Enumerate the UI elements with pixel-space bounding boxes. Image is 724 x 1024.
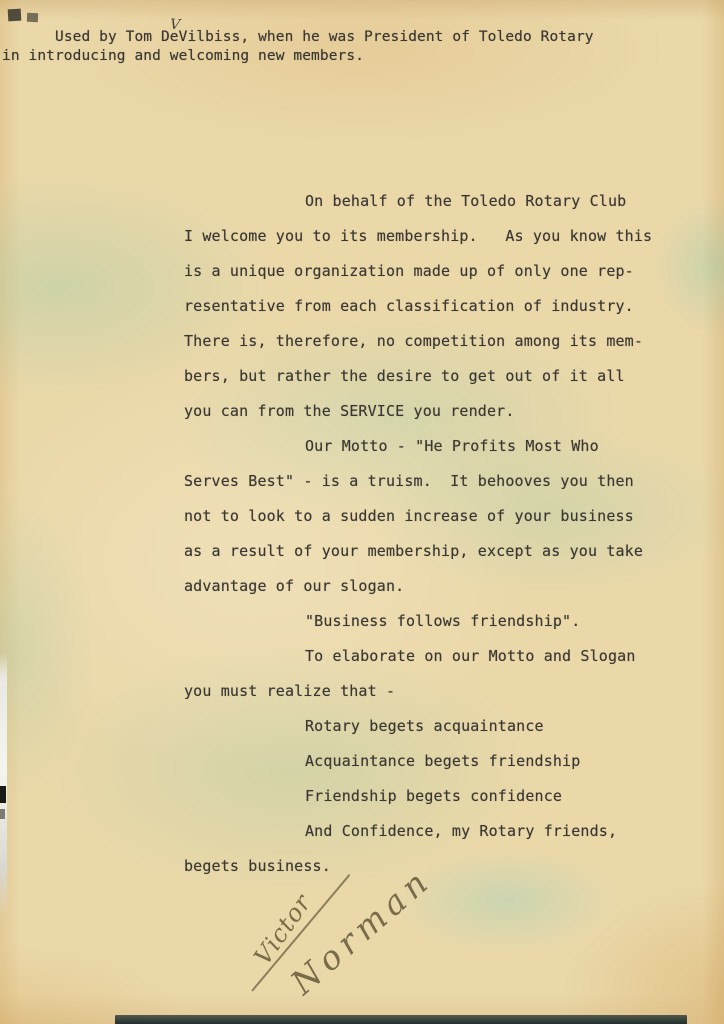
signature-word-victor: Victor bbox=[249, 889, 318, 970]
note-line-2: in introducing and welcoming new members… bbox=[2, 48, 364, 64]
scan-edge-mark-gray bbox=[0, 809, 5, 819]
document-page: Used by Tom DeVilbiss, when he was Presi… bbox=[0, 0, 724, 1024]
scan-edge-strip bbox=[0, 652, 7, 917]
scan-bottom-bar bbox=[115, 1015, 687, 1024]
letter-line: advantage of our slogan. bbox=[184, 569, 652, 604]
letter-line: not to look to a sudden increase of your… bbox=[184, 499, 652, 534]
signature-flourish-stroke bbox=[251, 874, 350, 992]
letter-line: Acquaintance begets friendship bbox=[184, 744, 652, 779]
typed-note-header: Used by Tom DeVilbiss, when he was Presi… bbox=[0, 29, 724, 89]
scan-edge-mark-black bbox=[0, 786, 6, 803]
letter-line: bers, but rather the desire to get out o… bbox=[184, 359, 652, 394]
letter-line: On behalf of the Toledo Rotary Club bbox=[184, 184, 652, 219]
letter-line: I welcome you to its membership. As you … bbox=[184, 219, 652, 254]
letter-line: is a unique organization made up of only… bbox=[184, 254, 652, 289]
letter-body: On behalf of the Toledo Rotary Club I we… bbox=[184, 184, 652, 884]
letter-line: you must realize that - bbox=[184, 674, 652, 709]
letter-line: To elaborate on our Motto and Slogan bbox=[184, 639, 652, 674]
letter-line: as a result of your membership, except a… bbox=[184, 534, 652, 569]
note-line-1: Used by Tom DeVilbiss, when he was Presi… bbox=[55, 29, 594, 45]
handwritten-insertion-mark: V bbox=[169, 17, 180, 34]
scan-corner-mark-1 bbox=[8, 9, 22, 22]
letter-line: you can from the SERVICE you render. bbox=[184, 394, 652, 429]
letter-line: "Business follows friendship". bbox=[184, 604, 652, 639]
letter-line: Serves Best" - is a truism. It behooves … bbox=[184, 464, 652, 499]
letter-line: And Confidence, my Rotary friends, bbox=[184, 814, 652, 849]
letter-line: resentative from each classification of … bbox=[184, 289, 652, 324]
letter-line: Our Motto - "He Profits Most Who bbox=[184, 429, 652, 464]
scan-corner-mark-2 bbox=[27, 13, 38, 22]
letter-line: Friendship begets confidence bbox=[184, 779, 652, 814]
letter-line: begets business. bbox=[184, 849, 652, 884]
letter-line: Rotary begets acquaintance bbox=[184, 709, 652, 744]
letter-line: There is, therefore, no competition amon… bbox=[184, 324, 652, 359]
